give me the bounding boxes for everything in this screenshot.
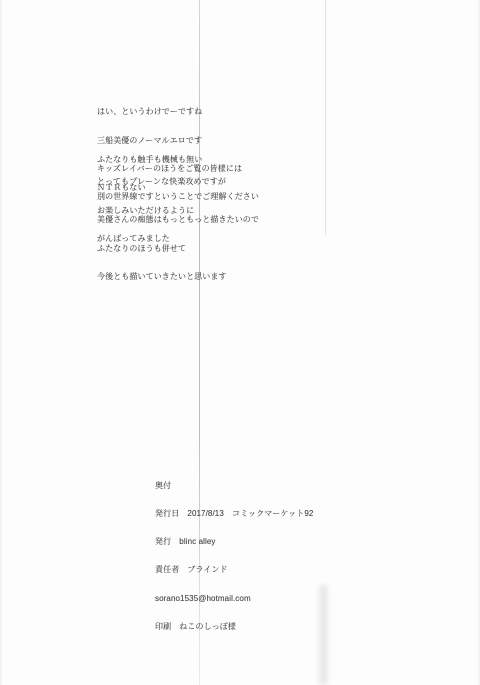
colophon-heading: 奥付	[155, 481, 313, 490]
afterword-line: 美優さんの痴態はもっともっと描きたいので	[97, 215, 259, 224]
page-fold-line	[325, 0, 326, 235]
colophon-line-email: sorano1535@hotmail.com	[155, 594, 313, 603]
scan-smudge	[319, 585, 328, 685]
afterword-line: とってもプレーンな快楽攻めですが	[97, 177, 226, 186]
scanned-page: はい、というわけでーですね 三船美優のノーマルエロです キッズレイバーのほうをご…	[0, 0, 480, 685]
afterword-line: 今後とも描いていきたいと思います	[97, 272, 259, 281]
page-left-edge-shadow	[0, 0, 2, 685]
colophon: 奥付 発行日 2017/8/13 コミックマーケット92 発行 blinc al…	[155, 462, 313, 650]
colophon-line-publisher: 発行 blinc alley	[155, 537, 313, 546]
colophon-line-printer: 印刷 ねこのしっぽ様	[155, 622, 313, 631]
colophon-line-publish-date: 発行日 2017/8/13 コミックマーケット92	[155, 509, 313, 518]
afterword-line: ふたなりのほうも併せて	[97, 244, 259, 253]
afterword-line: はい、というわけでーですね	[97, 107, 259, 116]
afterword-paragraph: 美優さんの痴態はもっともっと描きたいので ふたなりのほうも併せて 今後とも描いて…	[97, 197, 259, 300]
colophon-line-responsible: 責任者 ブラインド	[155, 565, 313, 574]
